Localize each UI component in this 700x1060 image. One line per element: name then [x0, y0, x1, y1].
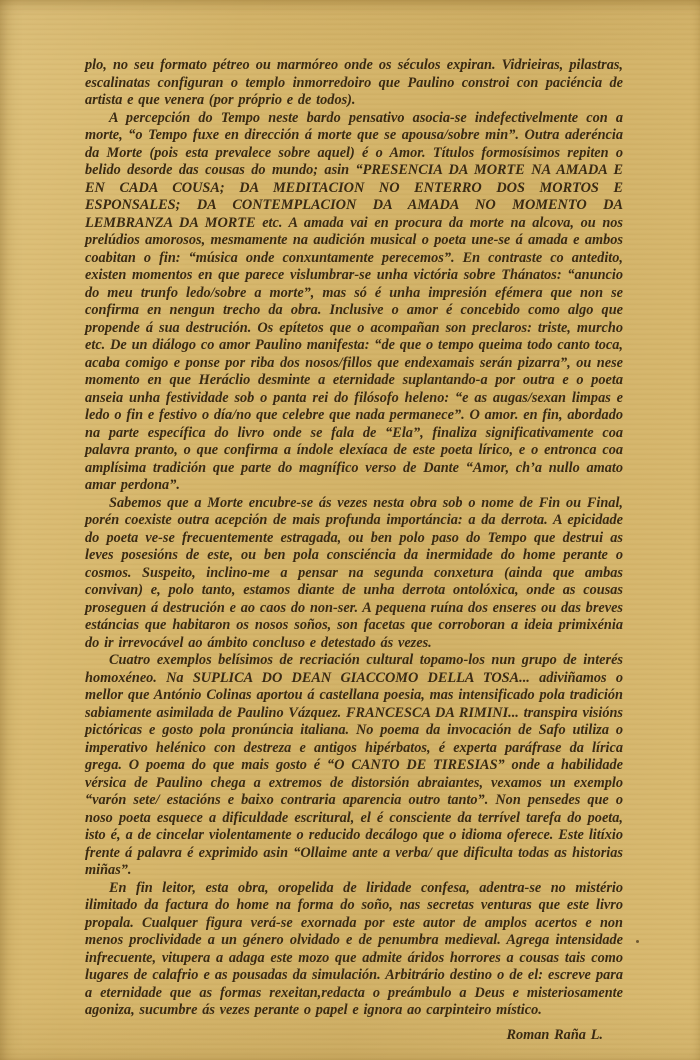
- body-paragraph: Sabemos que a Morte encubre-se ás vezes …: [85, 495, 623, 653]
- body-paragraph: A percepción do Tempo neste bardo pensat…: [85, 110, 623, 495]
- author-signature: Roman Raña L.: [85, 1027, 623, 1045]
- paper-speck: [636, 940, 639, 943]
- text-block: plo, no seu formato pétreo ou marmóreo o…: [85, 57, 623, 1044]
- body-paragraph: plo, no seu formato pétreo ou marmóreo o…: [85, 57, 623, 110]
- scanned-page: plo, no seu formato pétreo ou marmóreo o…: [0, 0, 700, 1060]
- body-paragraph: Cuatro exemplos belísimos de recriación …: [85, 652, 623, 880]
- body-paragraph: En fin leitor, esta obra, oropelida de l…: [85, 880, 623, 1020]
